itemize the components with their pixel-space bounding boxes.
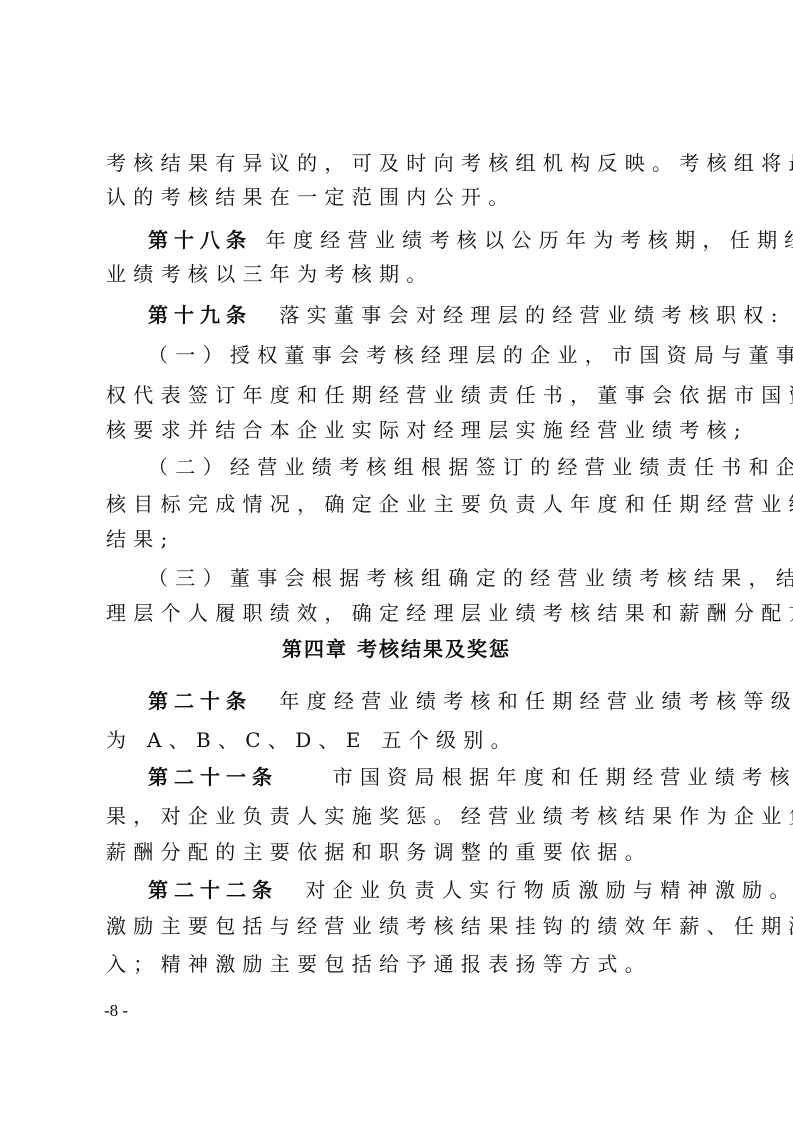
paragraph-line: 认的考核结果在一定范围内公开。 xyxy=(106,185,696,209)
item-line: 结果; xyxy=(106,527,696,551)
item-line: （二）经营业绩考核组根据签订的经营业绩责任书和企业考 xyxy=(148,455,738,479)
article-title: 第二十一条 xyxy=(148,765,278,789)
item-line: （一）授权董事会考核经理层的企业，市国资局与董事会授 xyxy=(148,343,738,367)
item-line: 理层个人履职绩效，确定经理层业绩考核结果和薪酬分配方案。 xyxy=(106,601,696,625)
article-text: 对企业负责人实行物质激励与精神激励。物质 xyxy=(305,878,793,902)
item-line: 核要求并结合本企业实际对经理层实施经营业绩考核; xyxy=(106,418,696,442)
article-19: 第十九条 落实董事会对经理层的经营业绩考核职权: xyxy=(148,303,738,327)
article-title: 第二十二条 xyxy=(148,878,278,902)
page-number: -8 - xyxy=(104,1001,128,1021)
article-title: 第十九条 xyxy=(148,303,252,327)
article-20: 第二十条 年度经营业绩考核和任期经营业绩考核等级分 xyxy=(148,689,738,713)
item-line: （三）董事会根据考核组确定的经营业绩考核结果，结合经 xyxy=(148,566,738,590)
paragraph-line: 入；精神激励主要包括给予通报表扬等方式。 xyxy=(106,952,696,976)
article-text: 年度经营业绩考核和任期经营业绩考核等级分 xyxy=(279,689,793,713)
item-line: 权代表签订年度和任期经营业绩责任书，董事会依据市国资局考 xyxy=(106,383,696,407)
paragraph-line: 业绩考核以三年为考核期。 xyxy=(106,262,696,286)
article-title: 第二十条 xyxy=(148,689,252,713)
article-title: 第十八条 xyxy=(148,228,252,252)
article-22: 第二十二条 对企业负责人实行物质激励与精神激励。物质 xyxy=(148,878,738,902)
article-21: 第二十一条 市国资局根据年度和任期经营业绩考核结 xyxy=(148,765,738,789)
article-18: 第十八条 年度经营业绩考核以公历年为考核期，任期经营 xyxy=(148,228,738,252)
paragraph-line: 激励主要包括与经营业绩考核结果挂钩的绩效年薪、任期激励收 xyxy=(106,914,696,938)
paragraph-line: 为 A、B、C、D、E 五个级别。 xyxy=(106,728,696,752)
paragraph-line: 考核结果有异议的，可及时向考核组机构反映。考核组将最终确 xyxy=(106,151,696,175)
chapter-heading: 第四章 考核结果及奖惩 xyxy=(0,637,793,661)
paragraph-line: 果，对企业负责人实施奖惩。经营业绩考核结果作为企业负责人 xyxy=(106,804,696,828)
article-text: 市国资局根据年度和任期经营业绩考核结 xyxy=(333,765,793,789)
article-text: 落实董事会对经理层的经营业绩考核职权: xyxy=(279,303,784,327)
paragraph-line: 薪酬分配的主要依据和职务调整的重要依据。 xyxy=(106,840,696,864)
article-text: 年度经营业绩考核以公历年为考核期，任期经营 xyxy=(266,228,793,252)
item-line: 核目标完成情况，确定企业主要负责人年度和任期经营业绩考核 xyxy=(106,492,696,516)
